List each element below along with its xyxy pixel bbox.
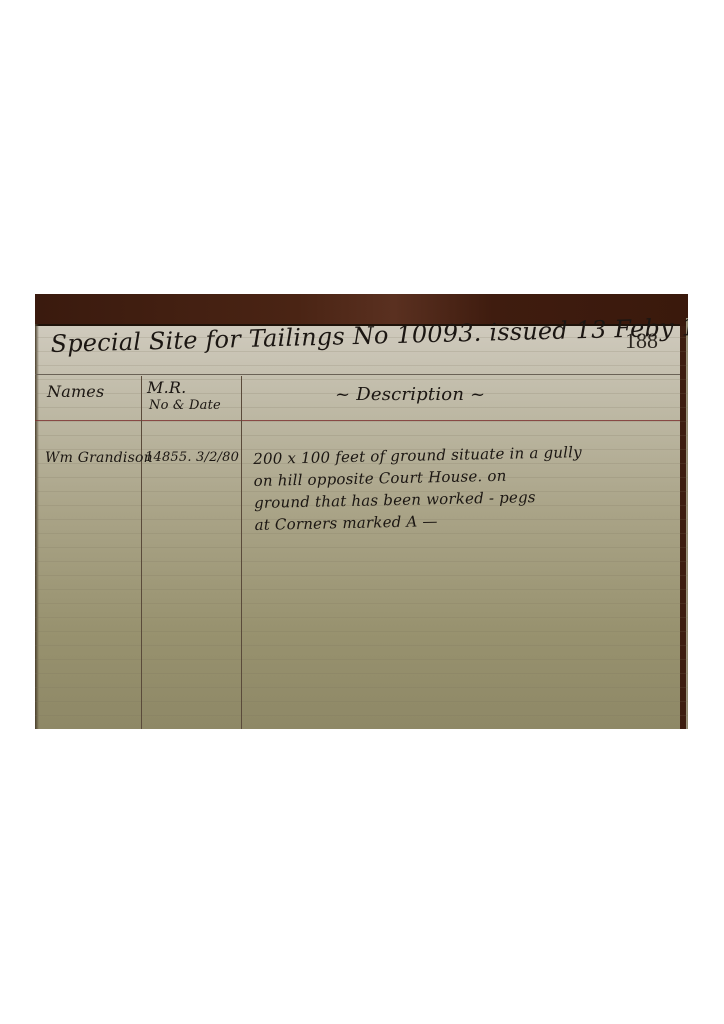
- ledger-photo: 188 Special Site for Tailings No 10093. …: [35, 294, 688, 729]
- header-red-rule: [35, 420, 680, 421]
- column-divider-2: [241, 376, 242, 729]
- entry-name: Wm Grandison: [45, 450, 153, 466]
- column-header-description: ~ Description ~: [335, 384, 485, 405]
- entry-mr-no-date: 14855. 3/2/80: [145, 450, 239, 465]
- column-header-mr: M.R.: [147, 378, 186, 397]
- column-header-names: Names: [47, 382, 104, 401]
- title-underline: [35, 374, 680, 375]
- column-header-no-date: No & Date: [149, 398, 221, 413]
- column-divider-1: [141, 376, 142, 729]
- entry-description: 200 x 100 feet of ground situate in a gu…: [253, 441, 583, 536]
